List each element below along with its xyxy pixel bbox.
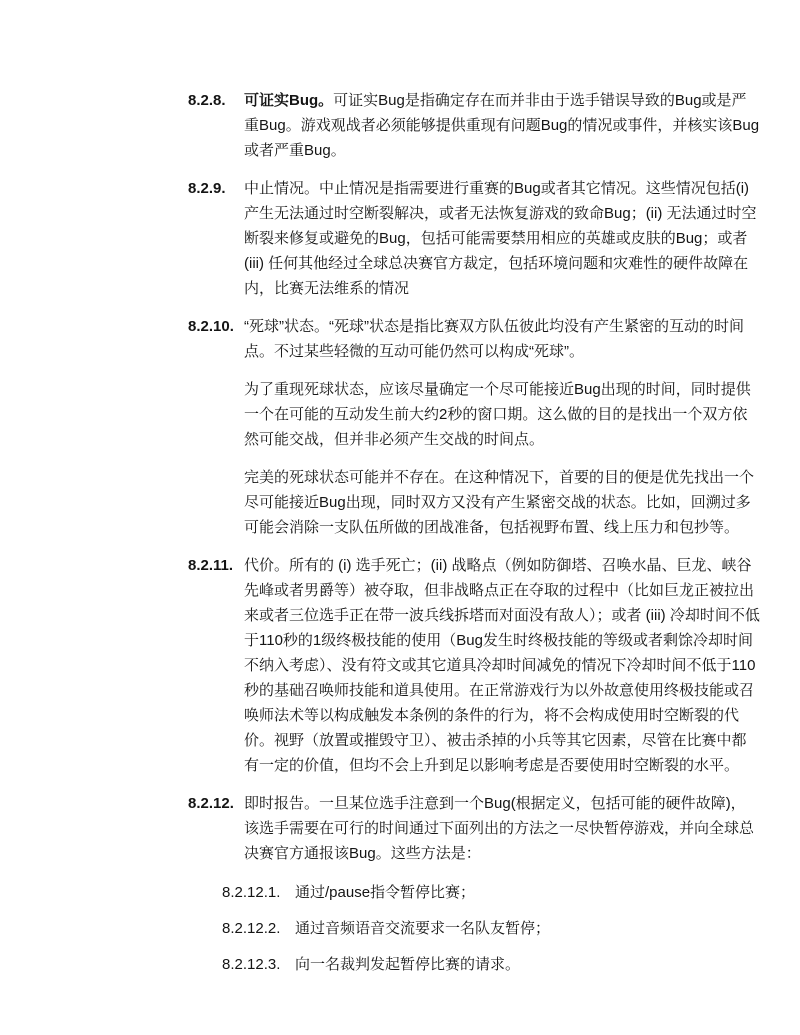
subitem-number: 8.2.12.1.: [222, 880, 295, 905]
section-body: 代价。所有的 (i) 选手死亡；(ii) 战略点（例如防御塔、召唤水晶、巨龙、峡…: [244, 553, 760, 778]
paragraph-text: 为了重现死球状态，应该尽量确定一个尽可能接近Bug出现的时间，同时提供一个在可能…: [244, 381, 751, 448]
paragraph: 代价。所有的 (i) 选手死亡；(ii) 战略点（例如防御塔、召唤水晶、巨龙、峡…: [244, 553, 760, 778]
rules-document-page: 8.2.8. 可证实Bug。可证实Bug是指确定存在而并非由于选手错误导致的Bu…: [188, 88, 760, 990]
section-body: 可证实Bug。可证实Bug是指确定存在而并非由于选手错误导致的Bug或是严重Bu…: [244, 88, 760, 163]
subitem-text: 通过音频语音交流要求一名队友暂停；: [295, 916, 760, 941]
section-number: 8.2.12.: [188, 791, 244, 816]
paragraph-text: 代价。所有的 (i) 选手死亡；(ii) 战略点（例如防御塔、召唤水晶、巨龙、峡…: [244, 557, 760, 774]
paragraph: 为了重现死球状态，应该尽量确定一个尽可能接近Bug出现的时间，同时提供一个在可能…: [244, 377, 760, 452]
section-8-2-8: 8.2.8. 可证实Bug。可证实Bug是指确定存在而并非由于选手错误导致的Bu…: [188, 88, 760, 163]
paragraph: 可证实Bug。可证实Bug是指确定存在而并非由于选手错误导致的Bug或是严重Bu…: [244, 88, 760, 163]
paragraph: “死球”状态。“死球”状态是指比赛双方队伍彼此均没有产生紧密的互动的时间点。不过…: [244, 314, 760, 364]
section-8-2-11: 8.2.11. 代价。所有的 (i) 选手死亡；(ii) 战略点（例如防御塔、召…: [188, 553, 760, 778]
paragraph-text: 中止情况。中止情况是指需要进行重赛的Bug或者其它情况。这些情况包括(i) 产生…: [244, 180, 757, 297]
subitem-text: 通过/pause指令暂停比赛；: [295, 880, 760, 905]
subitem-number: 8.2.12.3.: [222, 952, 295, 977]
section-number: 8.2.10.: [188, 314, 244, 339]
paragraph: 即时报告。一旦某位选手注意到一个Bug(根据定义，包括可能的硬件故障)，该选手需…: [244, 791, 760, 866]
paragraph-text: 即时报告。一旦某位选手注意到一个Bug(根据定义，包括可能的硬件故障)，该选手需…: [244, 795, 754, 862]
section-8-2-12: 8.2.12. 即时报告。一旦某位选手注意到一个Bug(根据定义，包括可能的硬件…: [188, 791, 760, 977]
section-body: 中止情况。中止情况是指需要进行重赛的Bug或者其它情况。这些情况包括(i) 产生…: [244, 176, 760, 301]
section-8-2-9: 8.2.9. 中止情况。中止情况是指需要进行重赛的Bug或者其它情况。这些情况包…: [188, 176, 760, 301]
paragraph: 完美的死球状态可能并不存在。在这种情况下，首要的目的便是优先找出一个尽可能接近B…: [244, 465, 760, 540]
section-number: 8.2.9.: [188, 176, 244, 201]
subitem-8-2-12-1: 8.2.12.1. 通过/pause指令暂停比赛；: [222, 880, 760, 905]
subitem-number: 8.2.12.2.: [222, 916, 295, 941]
paragraph-text: 完美的死球状态可能并不存在。在这种情况下，首要的目的便是优先找出一个尽可能接近B…: [244, 469, 754, 536]
section-8-2-10: 8.2.10. “死球”状态。“死球”状态是指比赛双方队伍彼此均没有产生紧密的互…: [188, 314, 760, 540]
section-number: 8.2.8.: [188, 88, 244, 113]
defined-term: 可证实Bug。: [244, 92, 333, 109]
subitem-8-2-12-3: 8.2.12.3. 向一名裁判发起暂停比赛的请求。: [222, 952, 760, 977]
section-body: “死球”状态。“死球”状态是指比赛双方队伍彼此均没有产生紧密的互动的时间点。不过…: [244, 314, 760, 540]
section-number: 8.2.11.: [188, 553, 244, 578]
paragraph-text: “死球”状态。“死球”状态是指比赛双方队伍彼此均没有产生紧密的互动的时间点。不过…: [244, 318, 744, 360]
subitem-8-2-12-2: 8.2.12.2. 通过音频语音交流要求一名队友暂停；: [222, 916, 760, 941]
paragraph: 中止情况。中止情况是指需要进行重赛的Bug或者其它情况。这些情况包括(i) 产生…: [244, 176, 760, 301]
subitem-text: 向一名裁判发起暂停比赛的请求。: [295, 952, 760, 977]
section-body: 即时报告。一旦某位选手注意到一个Bug(根据定义，包括可能的硬件故障)，该选手需…: [244, 791, 760, 977]
subitem-list: 8.2.12.1. 通过/pause指令暂停比赛； 8.2.12.2. 通过音频…: [244, 880, 760, 977]
